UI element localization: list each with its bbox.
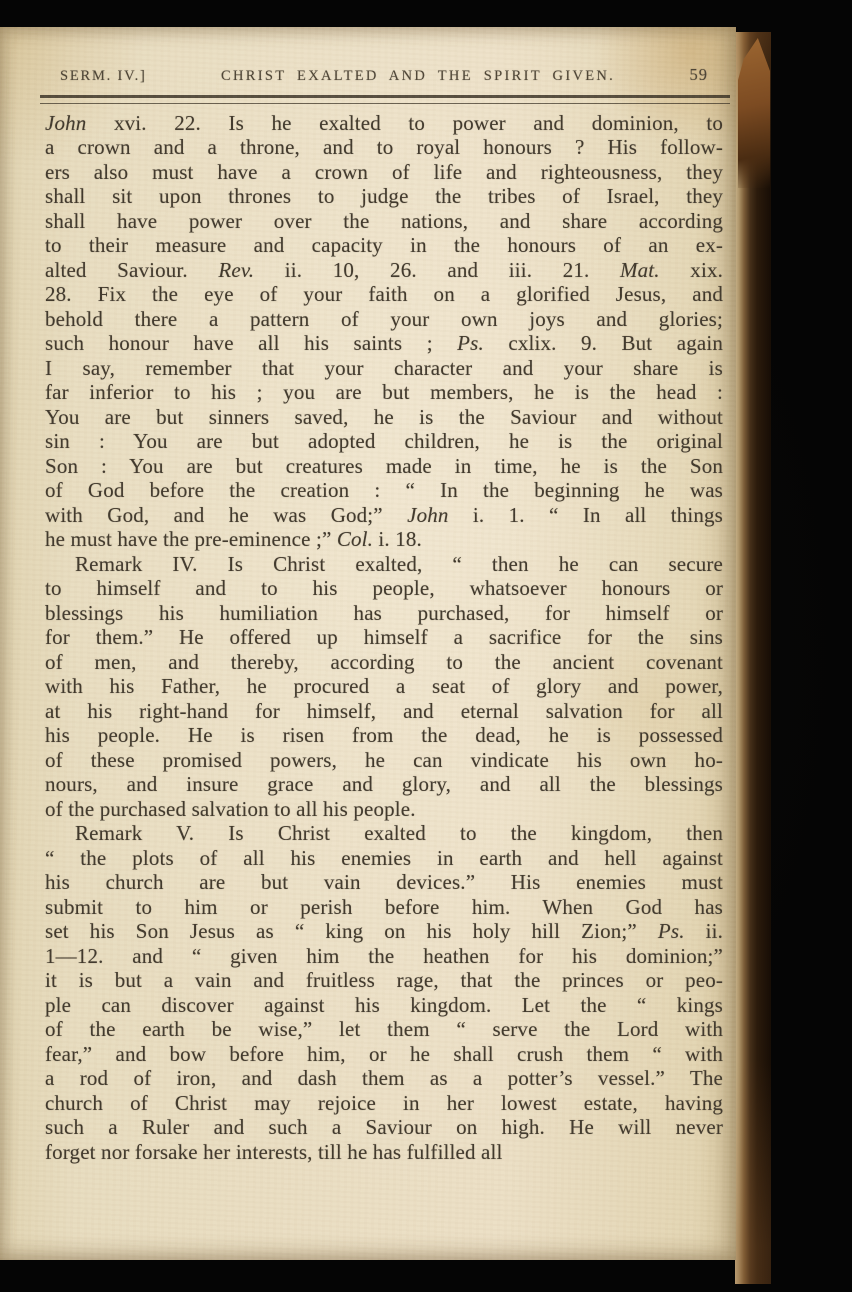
- text-line: Remark V. Is Christ exalted to the kingd…: [45, 821, 723, 846]
- text-line: it is but a vain and fruitless rage, tha…: [45, 968, 723, 993]
- text-line: nours, and insure grace and glory, and a…: [45, 772, 723, 797]
- text-line: to their measure and capacity in the hon…: [45, 233, 723, 258]
- text-line: ers also must have a crown of life and r…: [45, 160, 723, 185]
- text-line: of these promised powers, he can vindica…: [45, 748, 723, 773]
- running-head: SERM. IV.] CHRIST EXALTED AND THE SPIRIT…: [45, 65, 720, 85]
- text-line: You are but sinners saved, he is the Sav…: [45, 405, 723, 430]
- text-line: for them.” He offered up himself a sacri…: [45, 625, 723, 650]
- text-line: “ the plots of all his enemies in earth …: [45, 846, 723, 871]
- text-line: such honour have all his saints ; Ps. cx…: [45, 331, 723, 356]
- text-line: fear,” and bow before him, or he shall c…: [45, 1042, 723, 1067]
- paragraph: John xvi. 22. Is he exalted to power and…: [45, 111, 723, 552]
- text-line: John xvi. 22. Is he exalted to power and…: [45, 111, 723, 136]
- text-line: church of Christ may rejoice in her lowe…: [45, 1091, 723, 1116]
- scan-photo: { "page": { "header": { "left": "SERM. I…: [0, 0, 852, 1292]
- text-line: Son : You are but creatures made in time…: [45, 454, 723, 479]
- text-line: submit to him or perish before him. When…: [45, 895, 723, 920]
- paragraph: Remark V. Is Christ exalted to the kingd…: [45, 821, 723, 1164]
- text-line: 1—12. and “ given him the heathen for hi…: [45, 944, 723, 969]
- text-line: his people. He is risen from the dead, h…: [45, 723, 723, 748]
- text-line: he must have the pre-eminence ;” Col. i.…: [45, 527, 723, 552]
- text-line: far inferior to his ; you are but member…: [45, 380, 723, 405]
- text-line: of God before the creation : “ In the be…: [45, 478, 723, 503]
- section-label: SERM. IV.]: [45, 68, 147, 85]
- photo-backdrop: SERM. IV.] CHRIST EXALTED AND THE SPIRIT…: [0, 0, 852, 1292]
- text-line: of the earth be wise,” let them “ serve …: [45, 1017, 723, 1042]
- text-line: to himself and to his people, whatsoever…: [45, 576, 723, 601]
- text-line: a rod of iron, and dash them as a potter…: [45, 1066, 723, 1091]
- text-line: with God, and he was God;” John i. 1. “ …: [45, 503, 723, 528]
- text-line: set his Son Jesus as “ king on his holy …: [45, 919, 723, 944]
- page-body: John xvi. 22. Is he exalted to power and…: [45, 111, 723, 1165]
- page-number: 59: [690, 65, 721, 85]
- book-page: SERM. IV.] CHRIST EXALTED AND THE SPIRIT…: [0, 27, 736, 1260]
- text-line: forget nor forsake her interests, till h…: [45, 1140, 723, 1165]
- paragraph: Remark IV. Is Christ exalted, “ then he …: [45, 552, 723, 822]
- text-line: blessings his humiliation has purchased,…: [45, 601, 723, 626]
- text-line: of men, and thereby, according to the an…: [45, 650, 723, 675]
- text-line: shall sit upon thrones to judge the trib…: [45, 184, 723, 209]
- text-line: alted Saviour. Rev. ii. 10, 26. and iii.…: [45, 258, 723, 283]
- book-fore-edge: [735, 32, 771, 1284]
- text-line: such a Ruler and such a Saviour on high.…: [45, 1115, 723, 1140]
- text-line: Remark IV. Is Christ exalted, “ then he …: [45, 552, 723, 577]
- text-line: a crown and a throne, and to royal honou…: [45, 135, 723, 160]
- text-line: I say, remember that your character and …: [45, 356, 723, 381]
- page-title: CHRIST EXALTED AND THE SPIRIT GIVEN.: [147, 68, 690, 85]
- text-line: of the purchased salvation to all his pe…: [45, 797, 723, 822]
- text-line: with his Father, he procured a seat of g…: [45, 674, 723, 699]
- text-line: his church are but vain devices.” His en…: [45, 870, 723, 895]
- text-line: at his right-hand for himself, and etern…: [45, 699, 723, 724]
- text-line: 28. Fix the eye of your faith on a glori…: [45, 282, 723, 307]
- text-line: ple can discover against his kingdom. Le…: [45, 993, 723, 1018]
- text-line: behold there a pattern of your own joys …: [45, 307, 723, 332]
- text-line: shall have power over the nations, and s…: [45, 209, 723, 234]
- text-line: sin : You are but adopted children, he i…: [45, 429, 723, 454]
- header-double-rule: [40, 95, 730, 104]
